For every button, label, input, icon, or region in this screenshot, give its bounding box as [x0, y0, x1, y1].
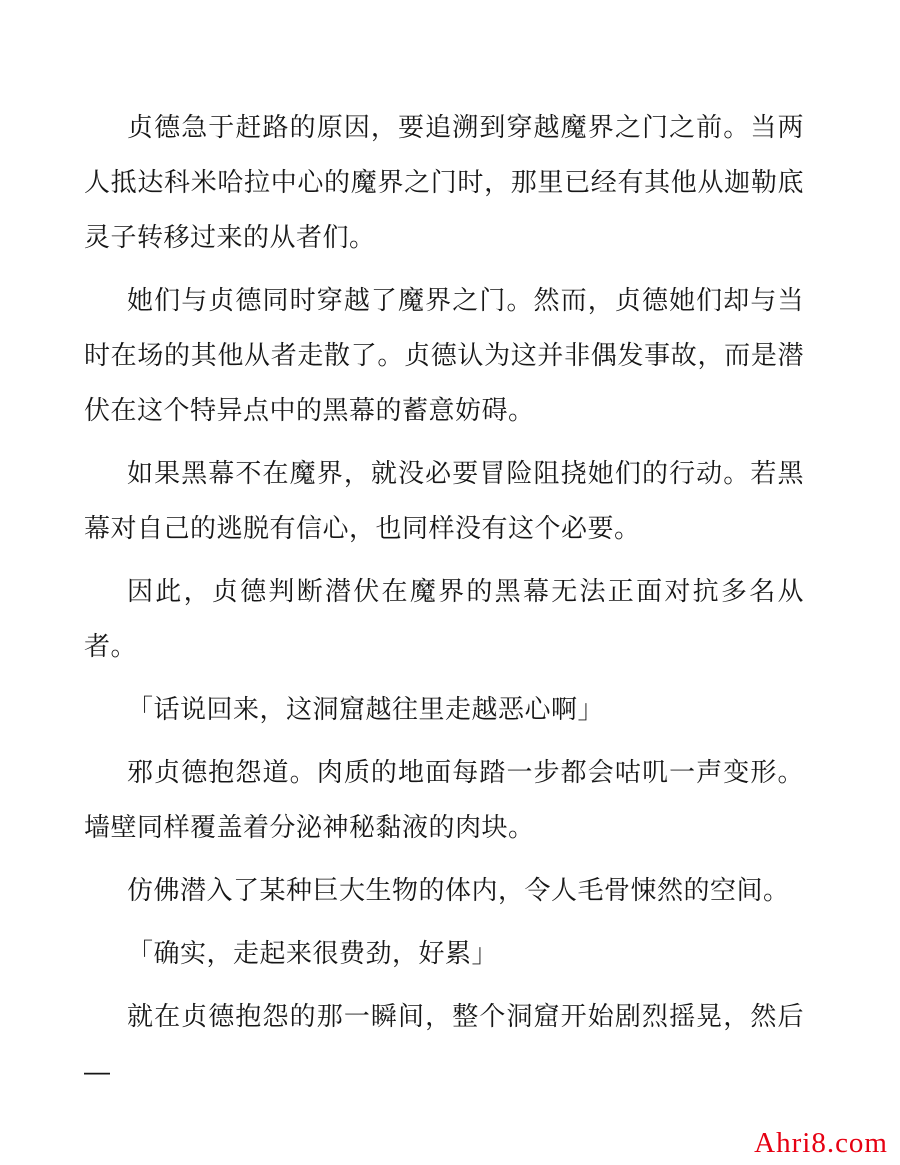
- paragraph-dialogue: 「确实，走起来很费劲，好累」: [84, 926, 804, 981]
- paragraph: 邪贞德抱怨道。肉质的地面每踏一步都会咕叽一声变形。墙壁同样覆盖着分泌神秘黏液的肉…: [84, 745, 804, 855]
- paragraph: 她们与贞德同时穿越了魔界之门。然而，贞德她们却与当时在场的其他从者走散了。贞德认…: [84, 273, 804, 438]
- novel-text-body: 贞德急于赶路的原因，要追溯到穿越魔界之门之前。当两人抵达科米哈拉中心的魔界之门时…: [0, 0, 900, 1099]
- paragraph: 仿佛潜入了某种巨大生物的体内，令人毛骨悚然的空间。: [84, 863, 804, 918]
- paragraph: 就在贞德抱怨的那一瞬间，整个洞窟开始剧烈摇晃，然后—: [84, 989, 804, 1099]
- paragraph-dialogue: 「话说回来，这洞窟越往里走越恶心啊」: [84, 682, 804, 737]
- site-watermark: Ahri8.com: [754, 1129, 888, 1158]
- paragraph: 如果黑幕不在魔界，就没必要冒险阻挠她们的行动。若黑幕对自己的逃脱有信心，也同样没…: [84, 446, 804, 556]
- paragraph: 因此，贞德判断潜伏在魔界的黑幕无法正面对抗多名从者。: [84, 564, 804, 674]
- paragraph: 贞德急于赶路的原因，要追溯到穿越魔界之门之前。当两人抵达科米哈拉中心的魔界之门时…: [84, 100, 804, 265]
- document-page: 贞德急于赶路的原因，要追溯到穿越魔界之门之前。当两人抵达科米哈拉中心的魔界之门时…: [0, 0, 900, 1165]
